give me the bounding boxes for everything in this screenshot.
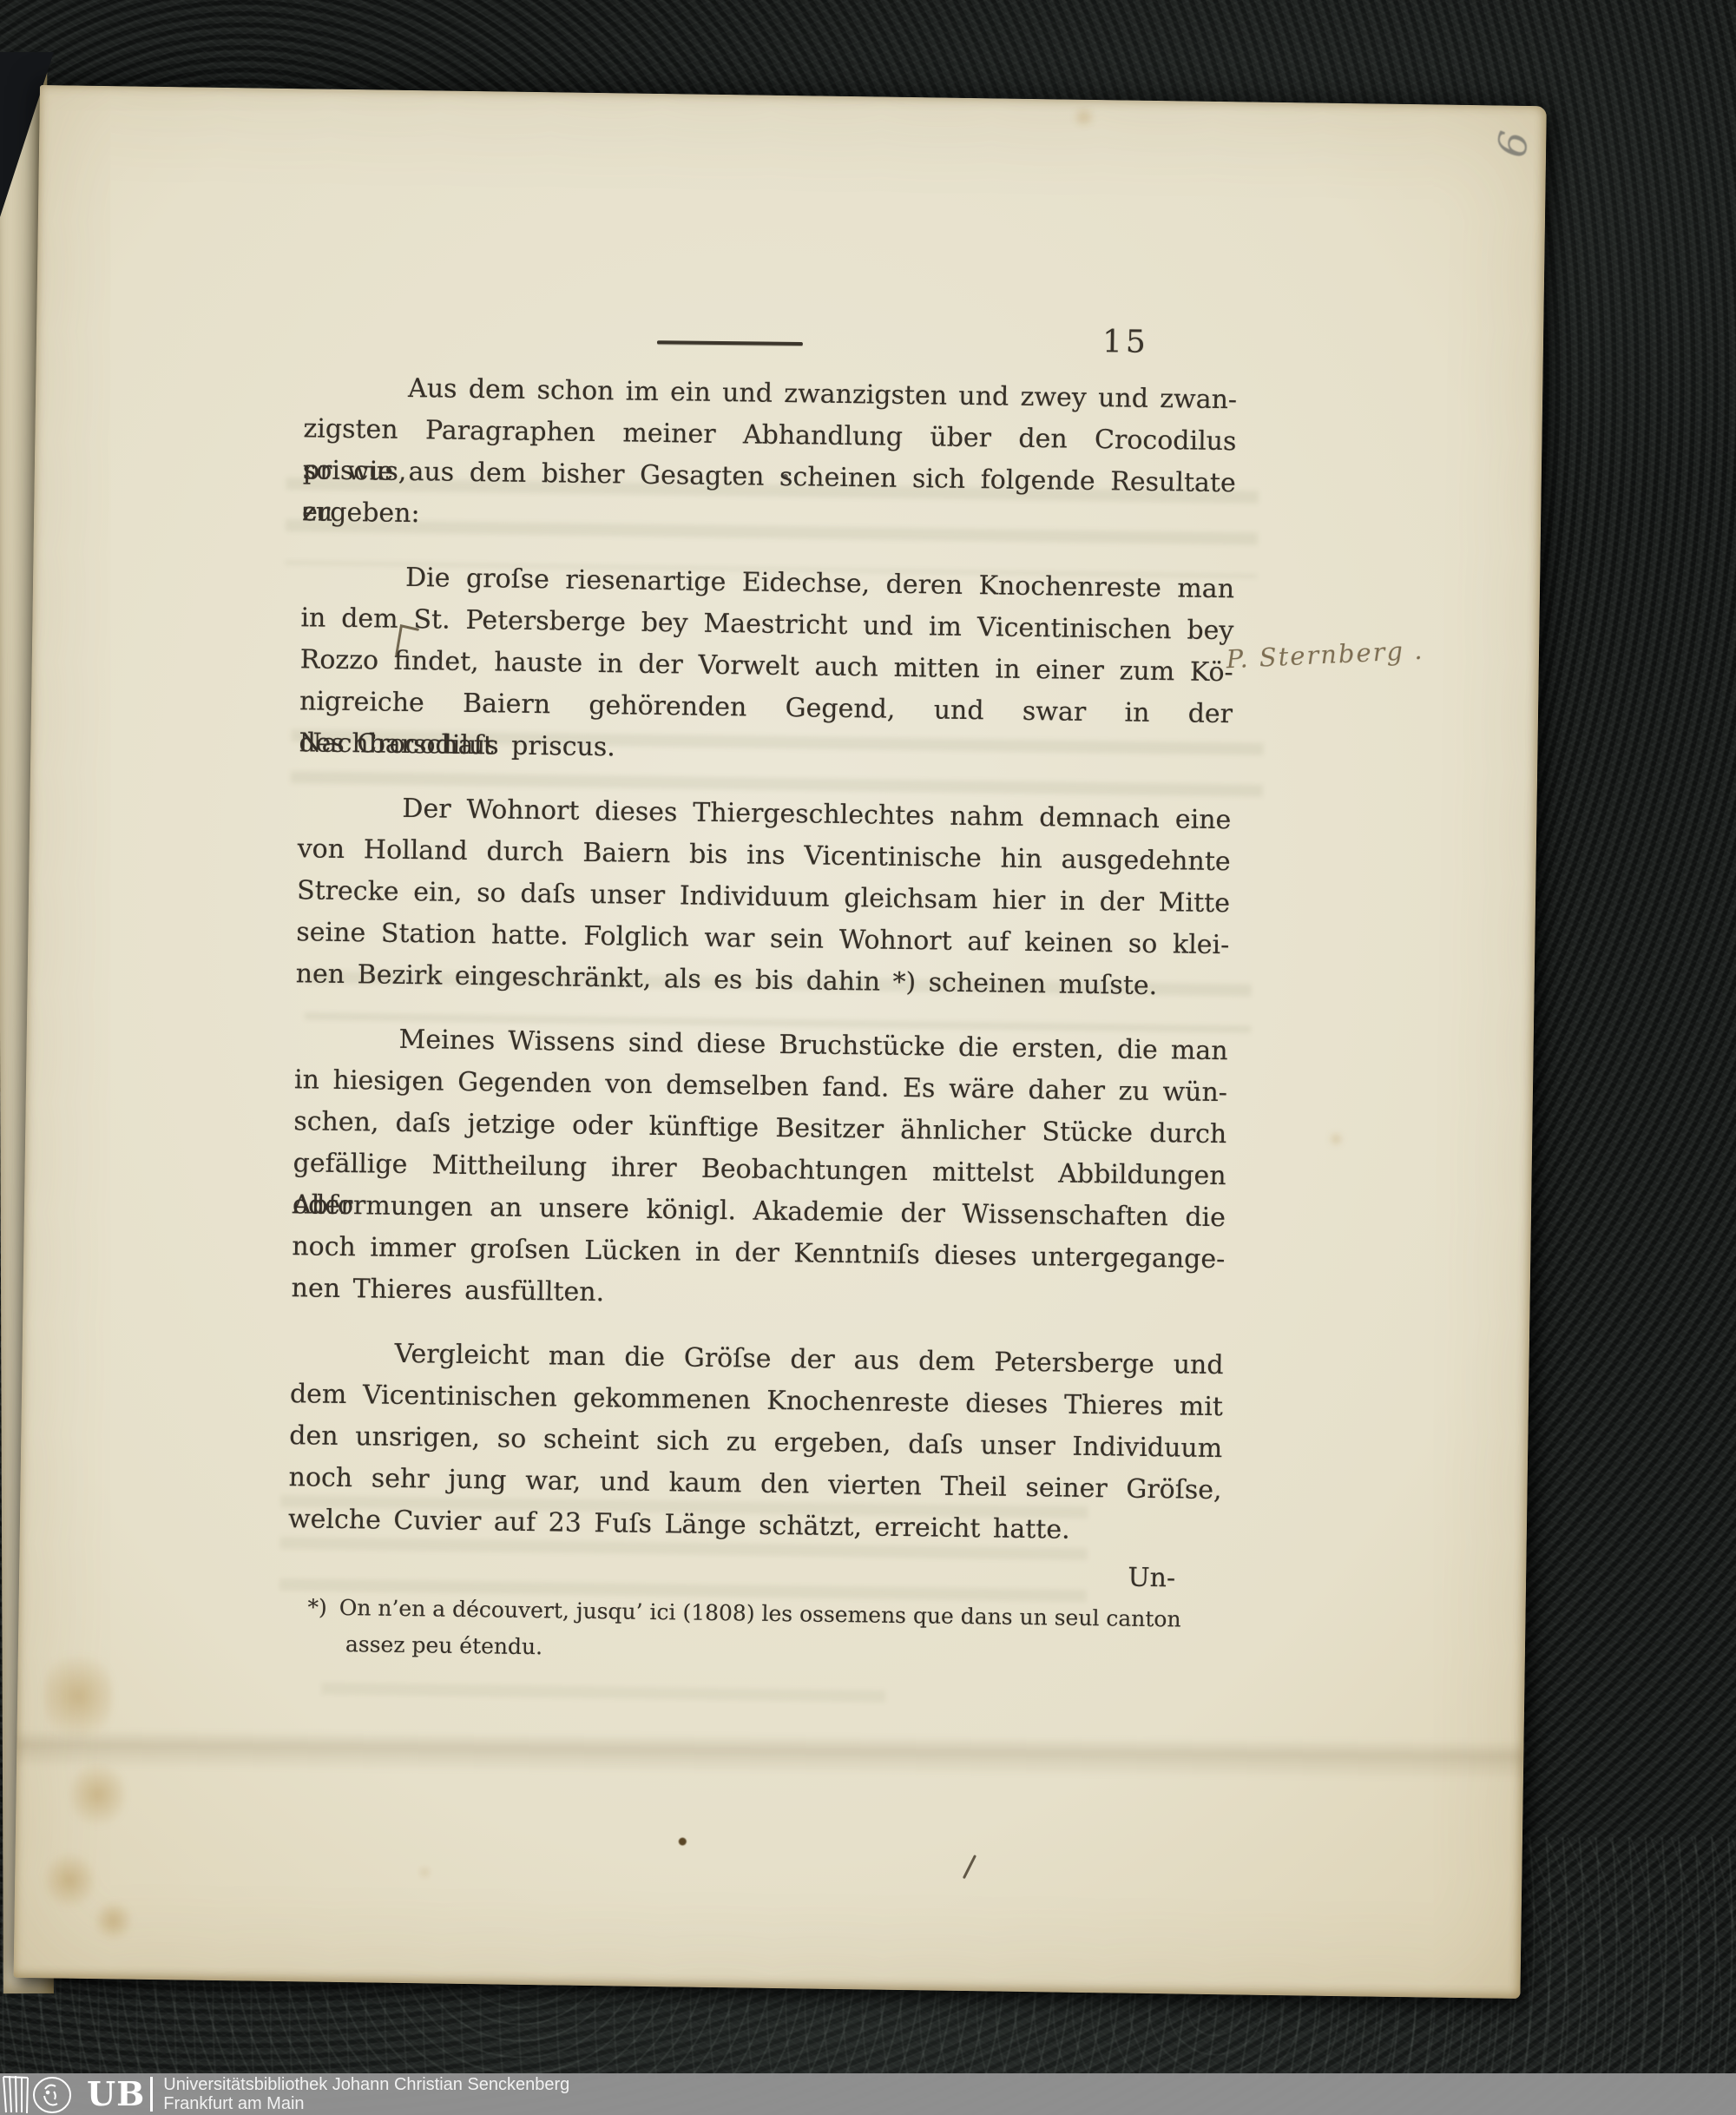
foxing-stain [69, 1757, 126, 1833]
library-logo-abbr: UB [87, 2073, 145, 2115]
book-scan-viewport: { "page": { "number": "15", "paragraphs"… [0, 0, 1736, 2115]
paragraph: Die groſse riesenartige Eidechse, deren … [299, 556, 1234, 777]
scanned-book-page: 15 9 P. Sternberg . Aus dem schon im ein… [14, 85, 1547, 1999]
library-watermark-bar: UB Universitätsbibliothek Johann Christi… [0, 2073, 1736, 2115]
foxing-stain [94, 1899, 133, 1943]
library-logo-icon [2, 2074, 85, 2114]
page-number: 15 [1102, 324, 1181, 363]
paragraph: Vergleicht man die Gröſse der aus dem Pe… [288, 1332, 1224, 1553]
library-logo: UB [2, 2073, 163, 2115]
ink-spot [679, 1837, 687, 1845]
logo-divider [150, 2077, 153, 2112]
paragraph: Meines Wissens sind diese Bruchstücke di… [291, 1018, 1228, 1322]
foxing-stain [1329, 1133, 1343, 1145]
handwritten-marginalia: P. Sternberg . [1226, 632, 1488, 688]
pen-slash-mark [963, 1855, 976, 1879]
foxing-stain [419, 1867, 430, 1877]
library-name-block: Universitätsbibliothek Johann Christian … [163, 2075, 569, 2113]
footnote-text: On n’en a découvert, jusqu’ ici (1808) l… [339, 1595, 1181, 1632]
paragraph: Der Wohnort dieses Thiergeschlechtes nah… [295, 787, 1231, 1008]
paragraph: Aus dem schon im ein und zwanzigsten und… [302, 366, 1238, 546]
footnote-marker: *) [307, 1594, 339, 1620]
library-city: Frankfurt am Main [163, 2094, 569, 2113]
handwritten-folio-number: 9 [1467, 125, 1537, 195]
foxing-stain [44, 1848, 95, 1913]
library-name: Universitätsbibliothek Johann Christian … [163, 2075, 569, 2094]
section-rule [657, 340, 803, 346]
page-crease [16, 1729, 1523, 1781]
bleed-through-text [321, 1683, 886, 1730]
footnote: *)On n’en a découvert, jusqu’ ici (1808)… [286, 1589, 1220, 1675]
foxing-stain [1070, 109, 1096, 126]
text-column: Aus dem schon im ein und zwanzigsten und… [286, 366, 1238, 1682]
